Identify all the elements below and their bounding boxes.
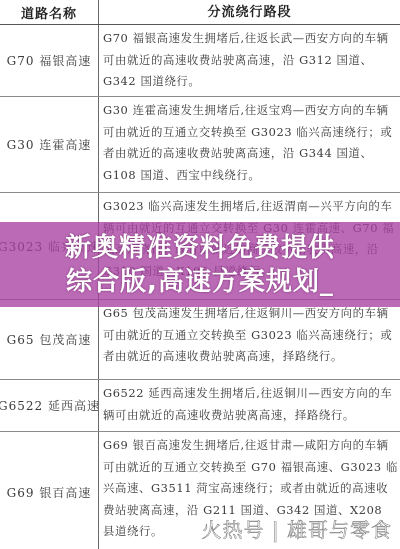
overlay-title-line-2: 综合版,高速方案规划_	[66, 265, 334, 299]
source-watermark: 火热号 | 雄哥与零食	[202, 514, 392, 543]
road-name-cell: G6522 延西高速	[0, 380, 98, 431]
road-name-cell: G65 包茂高速	[0, 300, 98, 379]
title-overlay-banner: 新奥精准资料免费提供 综合版,高速方案规划_	[0, 222, 400, 307]
table-row: G70 福银高速 G70 福银高速发生拥堵后,往返长武—西安方向的车辆可由就近的…	[0, 25, 400, 97]
detour-route-cell: G30 连霍高速发生拥堵后,往返宝鸡—西安方向的车辆可由就近的互通立交转换至 G…	[98, 97, 400, 192]
road-name-cell: G70 福银高速	[0, 25, 98, 96]
table-row: G30 连霍高速 G30 连霍高速发生拥堵后,往返宝鸡—西安方向的车辆可由就近的…	[0, 97, 400, 193]
road-name-cell: G30 连霍高速	[0, 97, 98, 192]
detour-route-cell: G6522 延西高速发生拥堵后,往返铜川—西安方向的车辆可由就近的高速收费站驶离…	[98, 380, 400, 431]
road-name-cell: G69 银百高速	[0, 432, 98, 549]
detour-route-cell: G70 福银高速发生拥堵后,往返长武—西安方向的车辆可由就近的高速收费站驶离高速…	[98, 25, 400, 96]
detour-route-cell: G65 包茂高速发生拥堵后,往返铜川—西安方向的车辆可由就近的互通立交转换至 G…	[98, 300, 400, 379]
header-detour-route: 分流绕行路段	[98, 0, 400, 24]
table-header-row: 道路名称 分流绕行路段	[0, 0, 400, 25]
table-row: G65 包茂高速 G65 包茂高速发生拥堵后,往返铜川—西安方向的车辆可由就近的…	[0, 300, 400, 380]
overlay-title-line-1: 新奥精准资料免费提供	[65, 231, 335, 265]
header-road-name: 道路名称	[0, 0, 98, 24]
table-row: G6522 延西高速 G6522 延西高速发生拥堵后,往返铜川—西安方向的车辆可…	[0, 380, 400, 432]
